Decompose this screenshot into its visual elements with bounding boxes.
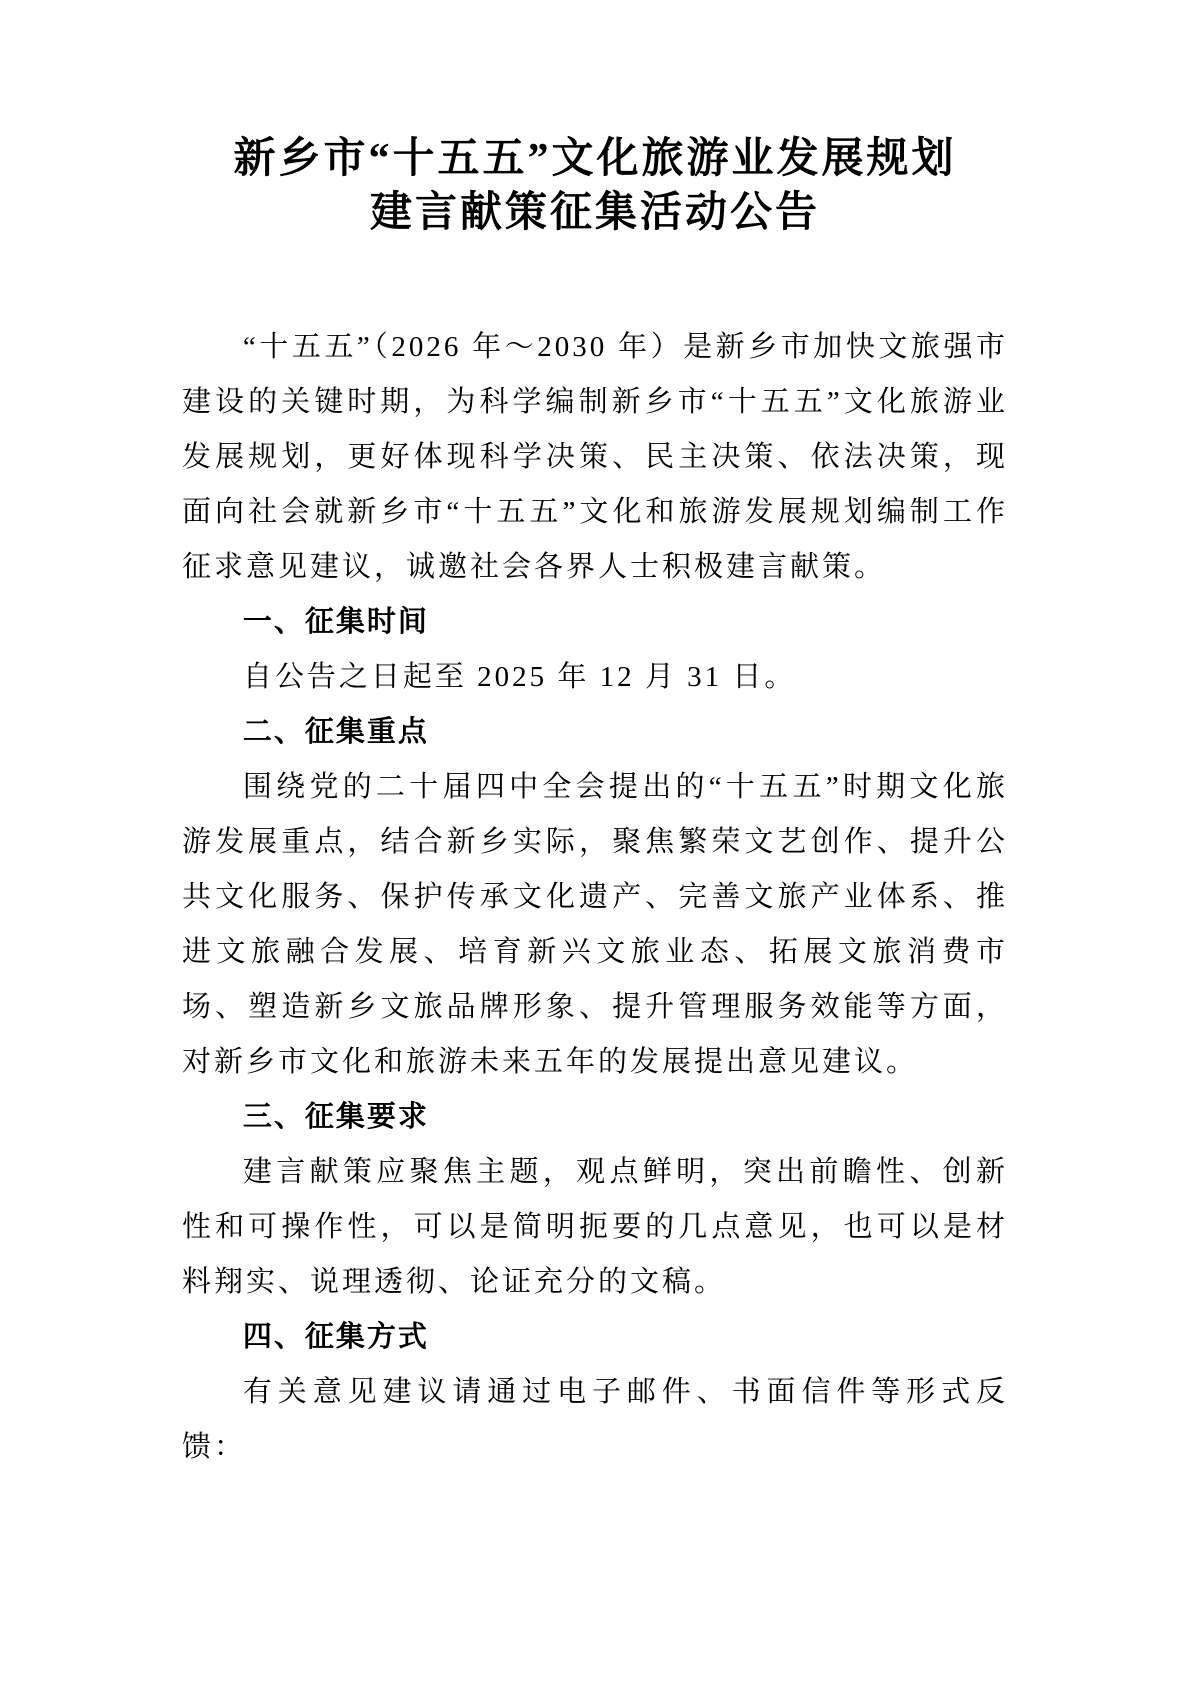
document-title-line-2: 建言献策征集活动公告 — [90, 186, 1100, 240]
document-body: “十五五”（2026 年～2030 年）是新乡市加快文旅强市建设的关键时期，为科… — [182, 320, 1008, 1475]
section-2-heading: 二、征集重点 — [182, 705, 1008, 760]
section-3-heading: 三、征集要求 — [182, 1090, 1008, 1145]
section-4-paragraph: 有关意见建议请通过电子邮件、书面信件等形式反馈： — [182, 1365, 1008, 1475]
section-3-paragraph: 建言献策应聚焦主题，观点鲜明，突出前瞻性、创新性和可操作性，可以是简明扼要的几点… — [182, 1145, 1008, 1310]
document-page: 新乡市“十五五”文化旅游业发展规划 建言献策征集活动公告 “十五五”（2026 … — [0, 0, 1190, 1683]
document-title-line-1: 新乡市“十五五”文化旅游业发展规划 — [90, 132, 1100, 186]
section-4-heading: 四、征集方式 — [182, 1310, 1008, 1365]
section-1-paragraph: 自公告之日起至 2025 年 12 月 31 日。 — [182, 650, 1008, 705]
document-title: 新乡市“十五五”文化旅游业发展规划 建言献策征集活动公告 — [90, 132, 1100, 240]
section-2-paragraph: 围绕党的二十届四中全会提出的“十五五”时期文化旅游发展重点，结合新乡实际，聚焦繁… — [182, 760, 1008, 1090]
section-1-heading: 一、征集时间 — [182, 595, 1008, 650]
intro-paragraph: “十五五”（2026 年～2030 年）是新乡市加快文旅强市建设的关键时期，为科… — [182, 320, 1008, 595]
